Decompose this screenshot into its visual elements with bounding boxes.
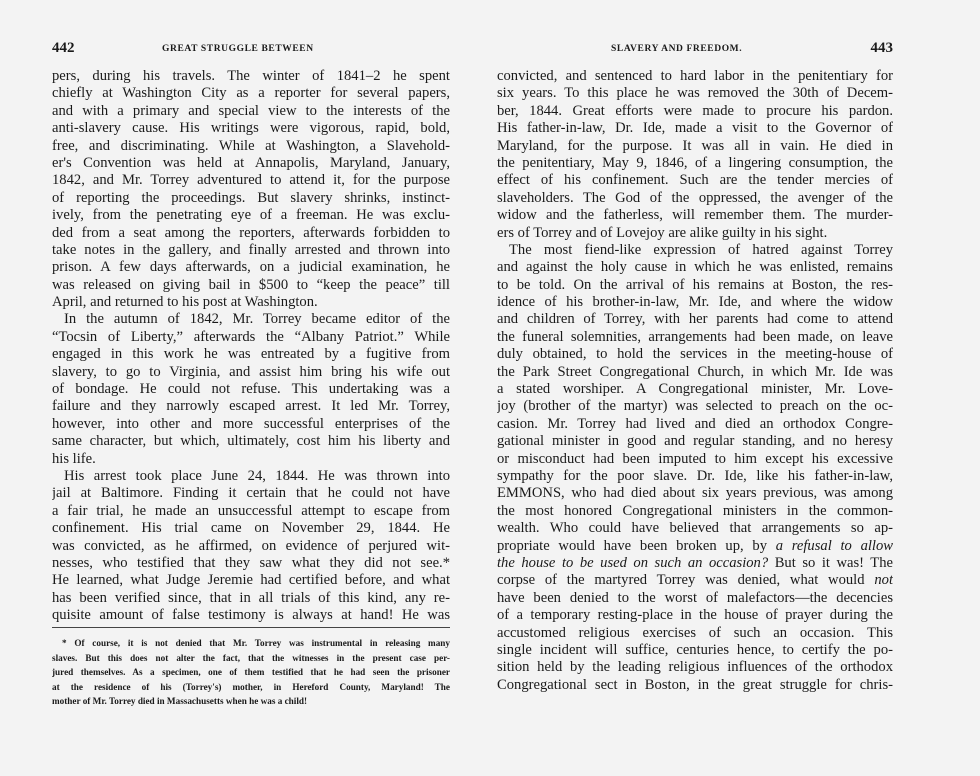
text-line: ber, 1844. Great efforts were made to pr… [497,103,893,120]
text-line: casion. Mr. Torrey had lived and died an… [497,416,893,433]
text-line: 1842, and Mr. Torrey adventured to atten… [52,172,450,189]
text-line: His father-in-law, Dr. Ide, made a visit… [497,120,893,137]
text-line: chiefly at Washington City as a reporter… [52,85,450,102]
text-line: jail at Baltimore. Finding it certain th… [52,485,450,502]
paragraph-start: The most fiend-like expression of hatred… [497,242,893,259]
text-line: “Tocsin of Liberty,” afterwards the “Alb… [52,329,450,346]
italic-fragment: a refusal to allow [776,538,893,554]
text-line: accustomed religious exercises of such a… [497,625,893,642]
text-line: widow and the fatherless, will remember … [497,207,893,224]
text-line: ded from a seat among the reporters, aft… [52,225,450,242]
text-line: wealth. Who could have believed that arr… [497,520,893,537]
text-line: of reporting the proceedings. But slaver… [52,190,450,207]
footnote-line: * Of course, it is not denied that Mr. T… [52,636,450,651]
text-line: was convicted, as he affirmed, on eviden… [52,538,450,555]
text-line: gational minister in good and regular st… [497,433,893,450]
text-line: anti-slavery cause. His writings were vi… [52,120,450,137]
text-line: quisite amount of false testimony is alw… [52,607,450,624]
text-line: a fair trial, he made an unsuccessful at… [52,503,450,520]
text-line: the penitentiary, May 9, 1846, of a ling… [497,155,893,172]
footnote-line: mother of Mr. Torrey died in Massachuset… [52,694,450,709]
text-line: however, into other and more successful … [52,416,450,433]
running-head-title: SLAVERY AND FREEDOM. [611,44,742,54]
text-line: same character, but which, ultimately, c… [52,433,450,450]
text-fragment: corpse of the martyred Torrey was denied… [497,572,865,588]
text-line-with-italic: propriate would have been broken up, by … [497,538,893,555]
text-line: of a temporary resting-place in the hous… [497,607,893,624]
text-line: joy (brother of the martyr) was selected… [497,398,893,415]
footnote-line: slaves. But this does not alter the fact… [52,651,450,666]
body-text: pers, during his travels. The winter of … [52,68,450,625]
italic-fragment: the house to be used on such an occasion… [497,555,768,571]
text-line: a stated worshiper. A Congregational min… [497,381,893,398]
text-line: slavery, to go to Virginia, and assist h… [52,364,450,381]
footnote-line: jured themselves. As a specimen, one of … [52,665,450,680]
text-line: or misconduct had been imputed to him ex… [497,451,893,468]
text-line: the most honored Congregational minister… [497,503,893,520]
text-line: was released on giving bail in $500 to “… [52,277,450,294]
text-line: confinement. His trial came on November … [52,520,450,537]
page-number: 443 [871,40,894,57]
text-line: has been verified since, that in all tri… [52,590,450,607]
text-line: He learned, what Judge Jeremie had certi… [52,572,450,589]
text-line: free, and discriminating. While at Washi… [52,138,450,155]
text-line: six years. To this place he was removed … [497,85,893,102]
text-line-with-italic: the house to be used on such an occasion… [497,555,893,572]
text-line: the funeral solemnities, arrangements ha… [497,329,893,346]
text-line: EMMONS, who had died about six years pre… [497,485,893,502]
text-line: engaged in this work he was entreated by… [52,346,450,363]
text-line: pers, during his travels. The winter of … [52,68,450,85]
footnote: * Of course, it is not denied that Mr. T… [52,636,450,709]
text-line: have been denied to the worst of malefac… [497,590,893,607]
text-line: sition held by the leading religious inf… [497,659,893,676]
text-line: sympathy for the poor slave. Dr. Ide, li… [497,468,893,485]
page-number: 442 [52,40,75,57]
running-head-title: GREAT STRUGGLE BETWEEN [162,44,314,54]
text-line: ively, from the penetrating eye of a fre… [52,207,450,224]
paragraph-start: In the autumn of 1842, Mr. Torrey became… [52,311,450,328]
footnote-line: at the residence of his (Torrey's) mothe… [52,680,450,695]
text-fragment: propriate would have been broken up, by [497,538,767,554]
text-line: take notes in the gallery, and finally a… [52,242,450,259]
text-line: prison. A few days afterwards, on a judi… [52,259,450,276]
text-line: and against the holy cause in which he w… [497,259,893,276]
text-line: to be told. On the arrival of his remain… [497,277,893,294]
text-line: convicted, and sentenced to hard labor i… [497,68,893,85]
text-line: nesses, who testified that they saw what… [52,555,450,572]
text-line: of bondage. He could not refuse. This un… [52,381,450,398]
italic-fragment: not [874,572,893,588]
text-line: his life. [52,451,450,468]
running-head: 442 GREAT STRUGGLE BETWEEN [52,44,450,64]
text-line: Congregational sect in Boston, in the gr… [497,677,893,694]
text-line: Maryland, for the purpose. It was all in… [497,138,893,155]
text-line: slaveholders. The God of the oppressed, … [497,190,893,207]
footnote-divider [52,627,450,628]
paragraph-start: His arrest took place June 24, 1844. He … [52,468,450,485]
text-line: effect of his confinement. Such are the … [497,172,893,189]
body-text: convicted, and sentenced to hard labor i… [497,68,893,694]
text-line: idence of his brother-in-law, Mr. Ide, a… [497,294,893,311]
running-head: SLAVERY AND FREEDOM. 443 [497,44,893,64]
text-line: single incident will suffice, centuries … [497,642,893,659]
text-line: and with a primary and special view to t… [52,103,450,120]
text-line-with-italic: corpse of the martyred Torrey was denied… [497,572,893,589]
text-line: the Park Street Congregational Church, i… [497,364,893,381]
text-line: duly obtained, to hold the services in t… [497,346,893,363]
text-fragment: But so it was! The [775,555,893,571]
text-line: ers of Torrey and of Lovejoy are alike g… [497,225,893,242]
text-line: failure and they narrowly escaped arrest… [52,398,450,415]
text-line: April, and returned to his post at Washi… [52,294,450,311]
text-line: er's Convention was held at Annapolis, M… [52,155,450,172]
text-line: and children of Torrey, with her parents… [497,311,893,328]
